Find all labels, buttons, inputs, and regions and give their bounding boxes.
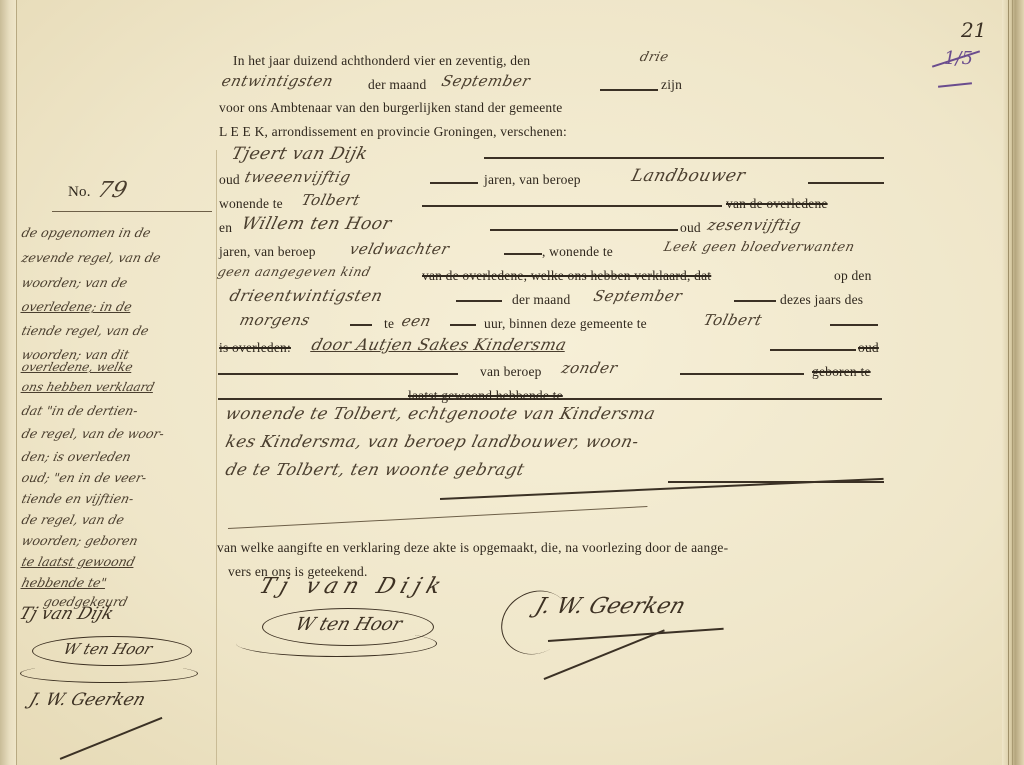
deceased-name: door Autjen Sakes Kindersma bbox=[310, 335, 569, 354]
closing-flourish bbox=[440, 478, 884, 500]
printed-jaren-beroep-1: jaren, van beroep bbox=[484, 172, 581, 188]
margin-note: hebbende te" bbox=[20, 575, 108, 590]
printed-struck-welke-ons: van de overledene, welke ons hebben verk… bbox=[422, 268, 711, 284]
record-number-value: 79 bbox=[95, 178, 130, 203]
fill-line bbox=[808, 182, 884, 184]
folio-underline bbox=[938, 82, 972, 88]
death-place: Tolbert bbox=[702, 311, 764, 329]
margin-note: de opgenomen in de bbox=[20, 225, 152, 240]
death-day-part-1: drie bbox=[638, 50, 670, 65]
certificate-page: 21 1/5 No. 79 In het jaar duizend achtho… bbox=[0, 0, 1024, 765]
page-number: 21 bbox=[961, 18, 986, 42]
death-month: September bbox=[592, 287, 685, 305]
printed-te: te bbox=[384, 316, 394, 332]
margin-note: dat "in de dertien- bbox=[20, 403, 139, 418]
margin-signature-declarant-1: Tj van Dijk bbox=[17, 604, 116, 624]
fill-line bbox=[456, 300, 502, 302]
signature-declarant-1: Tj van Dijk bbox=[256, 574, 450, 599]
margin-note: tiende en vijftien- bbox=[20, 491, 135, 506]
margin-note: de regel, van de woor- bbox=[20, 426, 166, 441]
fill-line bbox=[680, 373, 804, 375]
printed-struck-oud: oud bbox=[858, 340, 879, 356]
printed-op-den: op den bbox=[834, 268, 872, 284]
death-time-of-day: morgens bbox=[238, 311, 312, 329]
continuation-line-3: de te Tolbert, ten woonte gebragt bbox=[224, 460, 527, 479]
signature-flourish-2 bbox=[236, 630, 437, 657]
margin-note: zevende regel, van de bbox=[20, 250, 162, 265]
margin-note: den; is overleden bbox=[20, 449, 133, 464]
printed-struck-is-overleden: is overleden: bbox=[219, 340, 291, 356]
fill-line bbox=[770, 349, 856, 351]
book-gutter-left bbox=[0, 0, 17, 765]
printed-struck-laatst-gewoond: laatst gewoond hebbende te bbox=[408, 388, 563, 404]
declarant-2-occupation: veldwachter bbox=[348, 240, 452, 258]
death-day: drieentwintigsten bbox=[228, 286, 385, 305]
fill-line bbox=[350, 324, 372, 326]
margin-signature-flourish bbox=[32, 636, 192, 666]
declarant-2-age: zesenvijftig bbox=[706, 216, 803, 234]
margin-note: woorden; van de bbox=[20, 275, 129, 290]
fill-line bbox=[600, 89, 658, 91]
month-1: September bbox=[440, 72, 533, 90]
fill-line bbox=[218, 373, 458, 375]
printed-jaren-beroep-2: jaren, van beroep bbox=[219, 244, 316, 260]
declarant-2-residence: Leek geen bloedverwanten bbox=[662, 240, 856, 255]
continuation-line-1: wonende te Tolbert, echtgenoote van Kind… bbox=[224, 404, 658, 423]
declarant-1-name: Tjeert van Dijk bbox=[230, 144, 370, 164]
book-edge-right bbox=[1002, 0, 1024, 765]
margin-note: overledene, welke bbox=[20, 360, 134, 374]
margin-rule bbox=[216, 150, 217, 765]
fill-line bbox=[484, 157, 884, 159]
fill-line bbox=[422, 205, 722, 207]
margin-note: tiende regel, van de bbox=[20, 323, 150, 338]
printed-oud-2: oud bbox=[680, 220, 701, 236]
printed-line-3: voor ons Ambtenaar van den burgerlijken … bbox=[219, 100, 563, 116]
declarant-1-residence: Tolbert bbox=[300, 191, 362, 209]
death-day-part-2: entwintigsten bbox=[220, 72, 336, 90]
declarant-1-occupation: Landbouwer bbox=[630, 166, 748, 186]
registrar-flourish bbox=[490, 578, 582, 666]
printed-oud-1: oud bbox=[219, 172, 240, 188]
closing-line-1: van welke aangifte en verklaring deze ak… bbox=[217, 540, 728, 556]
fill-line bbox=[490, 229, 678, 231]
margin-note: de regel, van de bbox=[20, 512, 126, 527]
margin-note: ons hebben verklaard bbox=[20, 380, 156, 394]
declarant-2-name: Willem ten Hoor bbox=[240, 214, 394, 234]
printed-der-maand-1: der maand bbox=[368, 77, 426, 93]
fill-line bbox=[504, 253, 542, 255]
printed-dezes-jaars: dezes jaars des bbox=[780, 292, 863, 308]
margin-note: woorden; geboren bbox=[20, 533, 139, 548]
record-number-underline bbox=[52, 211, 212, 212]
printed-uur-binnen: uur, binnen deze gemeente te bbox=[484, 316, 647, 332]
printed-van-beroep: van beroep bbox=[480, 364, 542, 380]
printed-van-de-overledene-1: van de overledene bbox=[726, 196, 828, 212]
printed-wonende-te-1: wonende te bbox=[219, 196, 283, 212]
printed-der-maand-2: der maand bbox=[512, 292, 570, 308]
continuation-line-2: kes Kindersma, van beroep landbouwer, wo… bbox=[224, 432, 641, 451]
margin-note: overledene; in de bbox=[20, 299, 134, 314]
fill-line bbox=[450, 324, 476, 326]
death-hour: een bbox=[400, 312, 433, 330]
printed-line-1: In het jaar duizend achthonderd vier en … bbox=[233, 53, 530, 69]
margin-signature-stroke bbox=[60, 717, 163, 760]
fill-line bbox=[734, 300, 776, 302]
margin-signature-registrar: J. W. Geerken bbox=[27, 690, 148, 710]
closing-flourish-2 bbox=[228, 506, 647, 529]
printed-line-4: L E E K, arrondissement en provincie Gro… bbox=[219, 124, 567, 140]
declarant-2-relation: geen aangegeven kind bbox=[216, 264, 372, 279]
printed-zijn: zijn bbox=[661, 77, 682, 93]
margin-note: oud; "en in de veer- bbox=[20, 470, 148, 485]
fill-line bbox=[830, 324, 878, 326]
fill-line bbox=[430, 182, 478, 184]
deceased-occupation: zonder bbox=[560, 359, 620, 377]
declarant-1-age: tweeenvijftig bbox=[243, 168, 353, 186]
printed-struck-geboren-te: geboren te bbox=[812, 364, 871, 380]
margin-signature-flourish-2 bbox=[20, 664, 198, 683]
printed-wonende-te-2: , wonende te bbox=[542, 244, 613, 260]
printed-en: en bbox=[219, 220, 232, 236]
margin-note: te laatst gewoond bbox=[20, 554, 137, 569]
record-number-label: No. bbox=[68, 184, 91, 201]
